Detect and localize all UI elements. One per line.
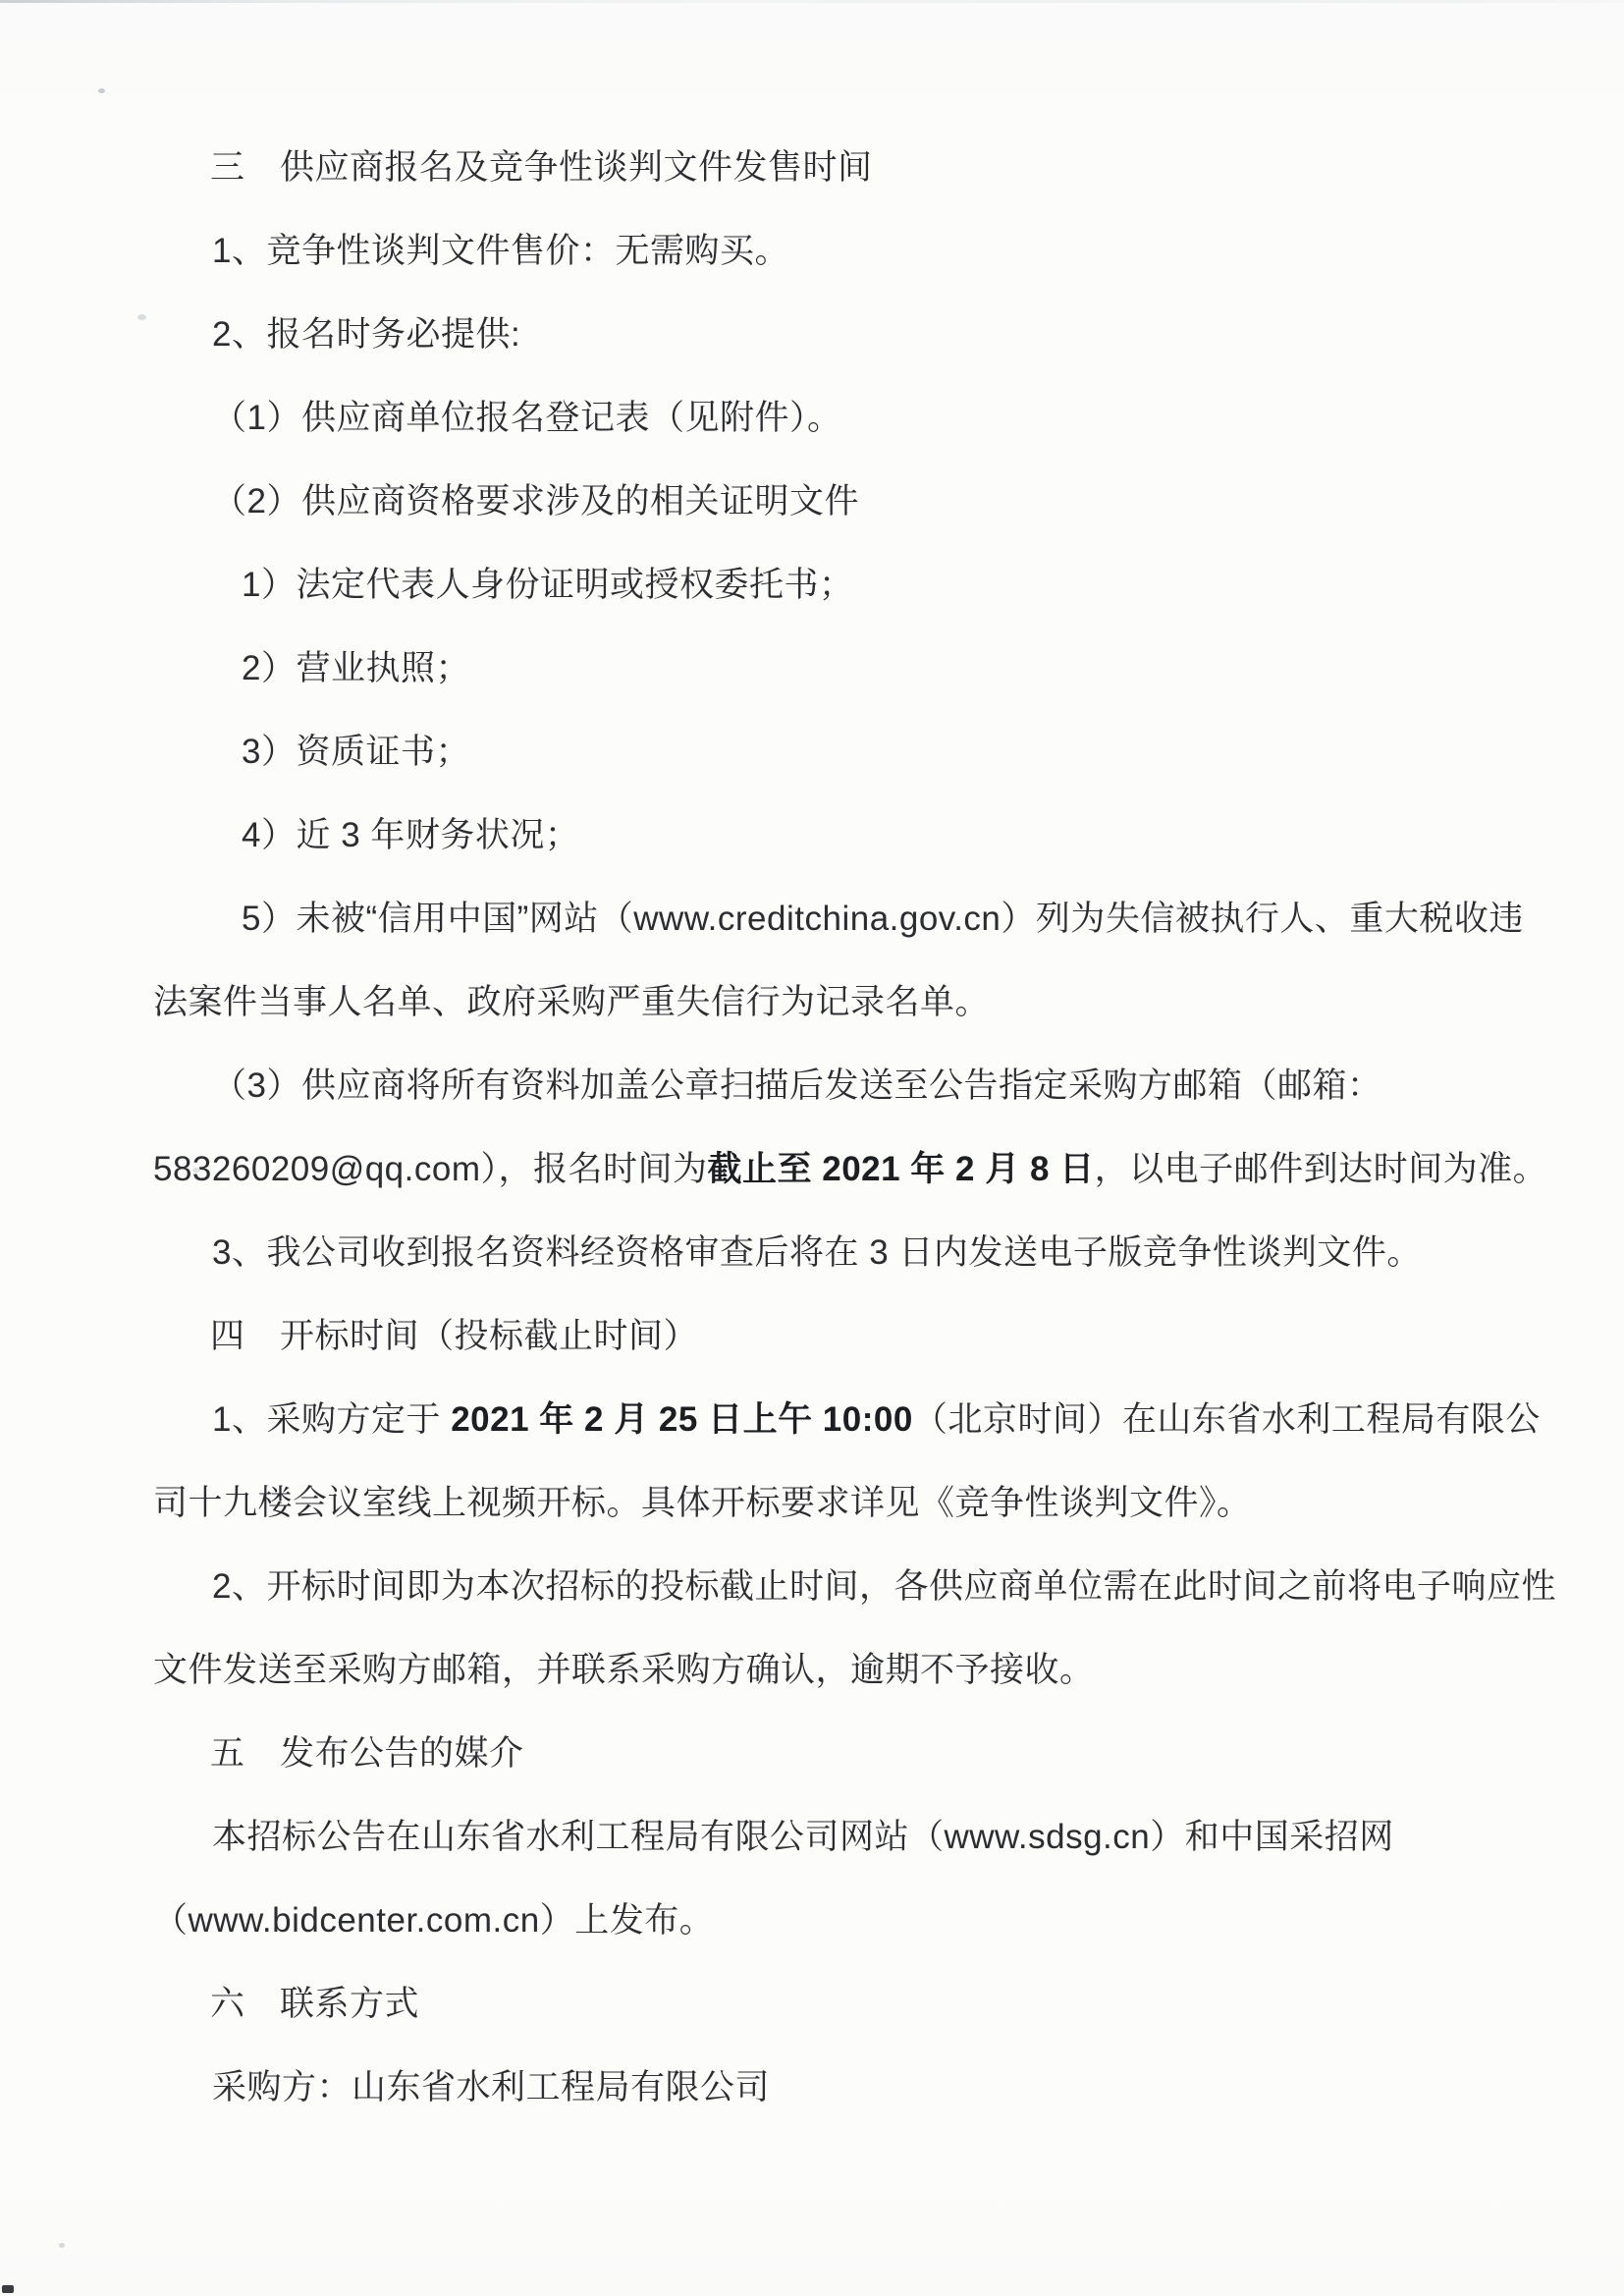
- scan-speck: [137, 314, 146, 320]
- section-heading-3: 三 供应商报名及竞争性谈判文件发售时间: [149, 126, 1600, 209]
- doc-line: 法案件当事人名单、政府采购严重失信行为记录名单。: [149, 960, 1600, 1044]
- doc-line: 文件发送至采购方邮箱，并联系采购方确认，逾期不予接收。: [149, 1628, 1600, 1712]
- doc-line: 1）法定代表人身份证明或授权委托书；: [149, 543, 1600, 627]
- scan-speck: [98, 88, 105, 93]
- scanned-document-page: 三 供应商报名及竞争性谈判文件发售时间 1、竞争性谈判文件售价：无需购买。 2、…: [0, 0, 1624, 2296]
- section-heading-5: 五 发布公告的媒介: [149, 1712, 1600, 1795]
- section-heading-4: 四 开标时间（投标截止时间）: [149, 1294, 1600, 1378]
- doc-line: （www.bidcenter.com.cn）上发布。: [149, 1879, 1600, 1962]
- doc-line: 5）未被“信用中国”网站（www.creditchina.gov.cn）列为失信…: [149, 877, 1600, 960]
- scan-speck: [59, 2243, 65, 2248]
- doc-line: 司十九楼会议室线上视频开标。具体开标要求详见《竞争性谈判文件》。: [149, 1461, 1600, 1545]
- doc-line: 2、开标时间即为本次招标的投标截止时间，各供应商单位需在此时间之前将电子响应性: [149, 1545, 1600, 1628]
- doc-line: 2、报名时务必提供:: [149, 293, 1600, 376]
- scan-speck: [192, 1168, 200, 1173]
- doc-text: ，以电子邮件到达时间为准。: [1095, 1150, 1548, 1188]
- doc-line-purchaser: 采购方：山东省水利工程局有限公司: [149, 2046, 1600, 2129]
- doc-line: （1）供应商单位报名登记表（见附件）。: [149, 376, 1600, 460]
- doc-text: 583260209@qq.com），报名时间为: [153, 1150, 708, 1188]
- doc-line: 3）资质证书；: [149, 710, 1600, 793]
- doc-line-opening-time: 1、采购方定于 2021 年 2 月 25 日上午 10:00（北京时间）在山东…: [149, 1378, 1600, 1461]
- doc-line: 4）近 3 年财务状况；: [149, 793, 1600, 877]
- doc-line: （2）供应商资格要求涉及的相关证明文件: [149, 460, 1600, 543]
- doc-text-bold-opening-datetime: 2021 年 2 月 25 日上午 10:00: [451, 1400, 913, 1439]
- doc-line-email-deadline: 583260209@qq.com），报名时间为截止至 2021 年 2 月 8 …: [149, 1127, 1600, 1211]
- doc-line: 本招标公告在山东省水利工程局有限公司网站（www.sdsg.cn）和中国采招网: [149, 1795, 1600, 1879]
- section-heading-6: 六 联系方式: [149, 1962, 1600, 2046]
- scan-speck: [2, 2285, 14, 2293]
- doc-line: （3）供应商将所有资料加盖公章扫描后发送至公告指定采购方邮箱（邮箱：: [149, 1044, 1600, 1127]
- scan-edge-artifact: [0, 0, 1624, 3]
- doc-line: 1、竞争性谈判文件售价：无需购买。: [149, 209, 1600, 293]
- doc-line: 3、我公司收到报名资料经资格审查后将在 3 日内发送电子版竞争性谈判文件。: [149, 1211, 1600, 1294]
- doc-line: 2）营业执照；: [149, 627, 1600, 710]
- doc-text: 1、采购方定于: [212, 1400, 451, 1439]
- doc-text-bold-deadline: 截止至 2021 年 2 月 8 日: [708, 1150, 1095, 1188]
- doc-text: （北京时间）在山东省水利工程局有限公: [913, 1400, 1541, 1439]
